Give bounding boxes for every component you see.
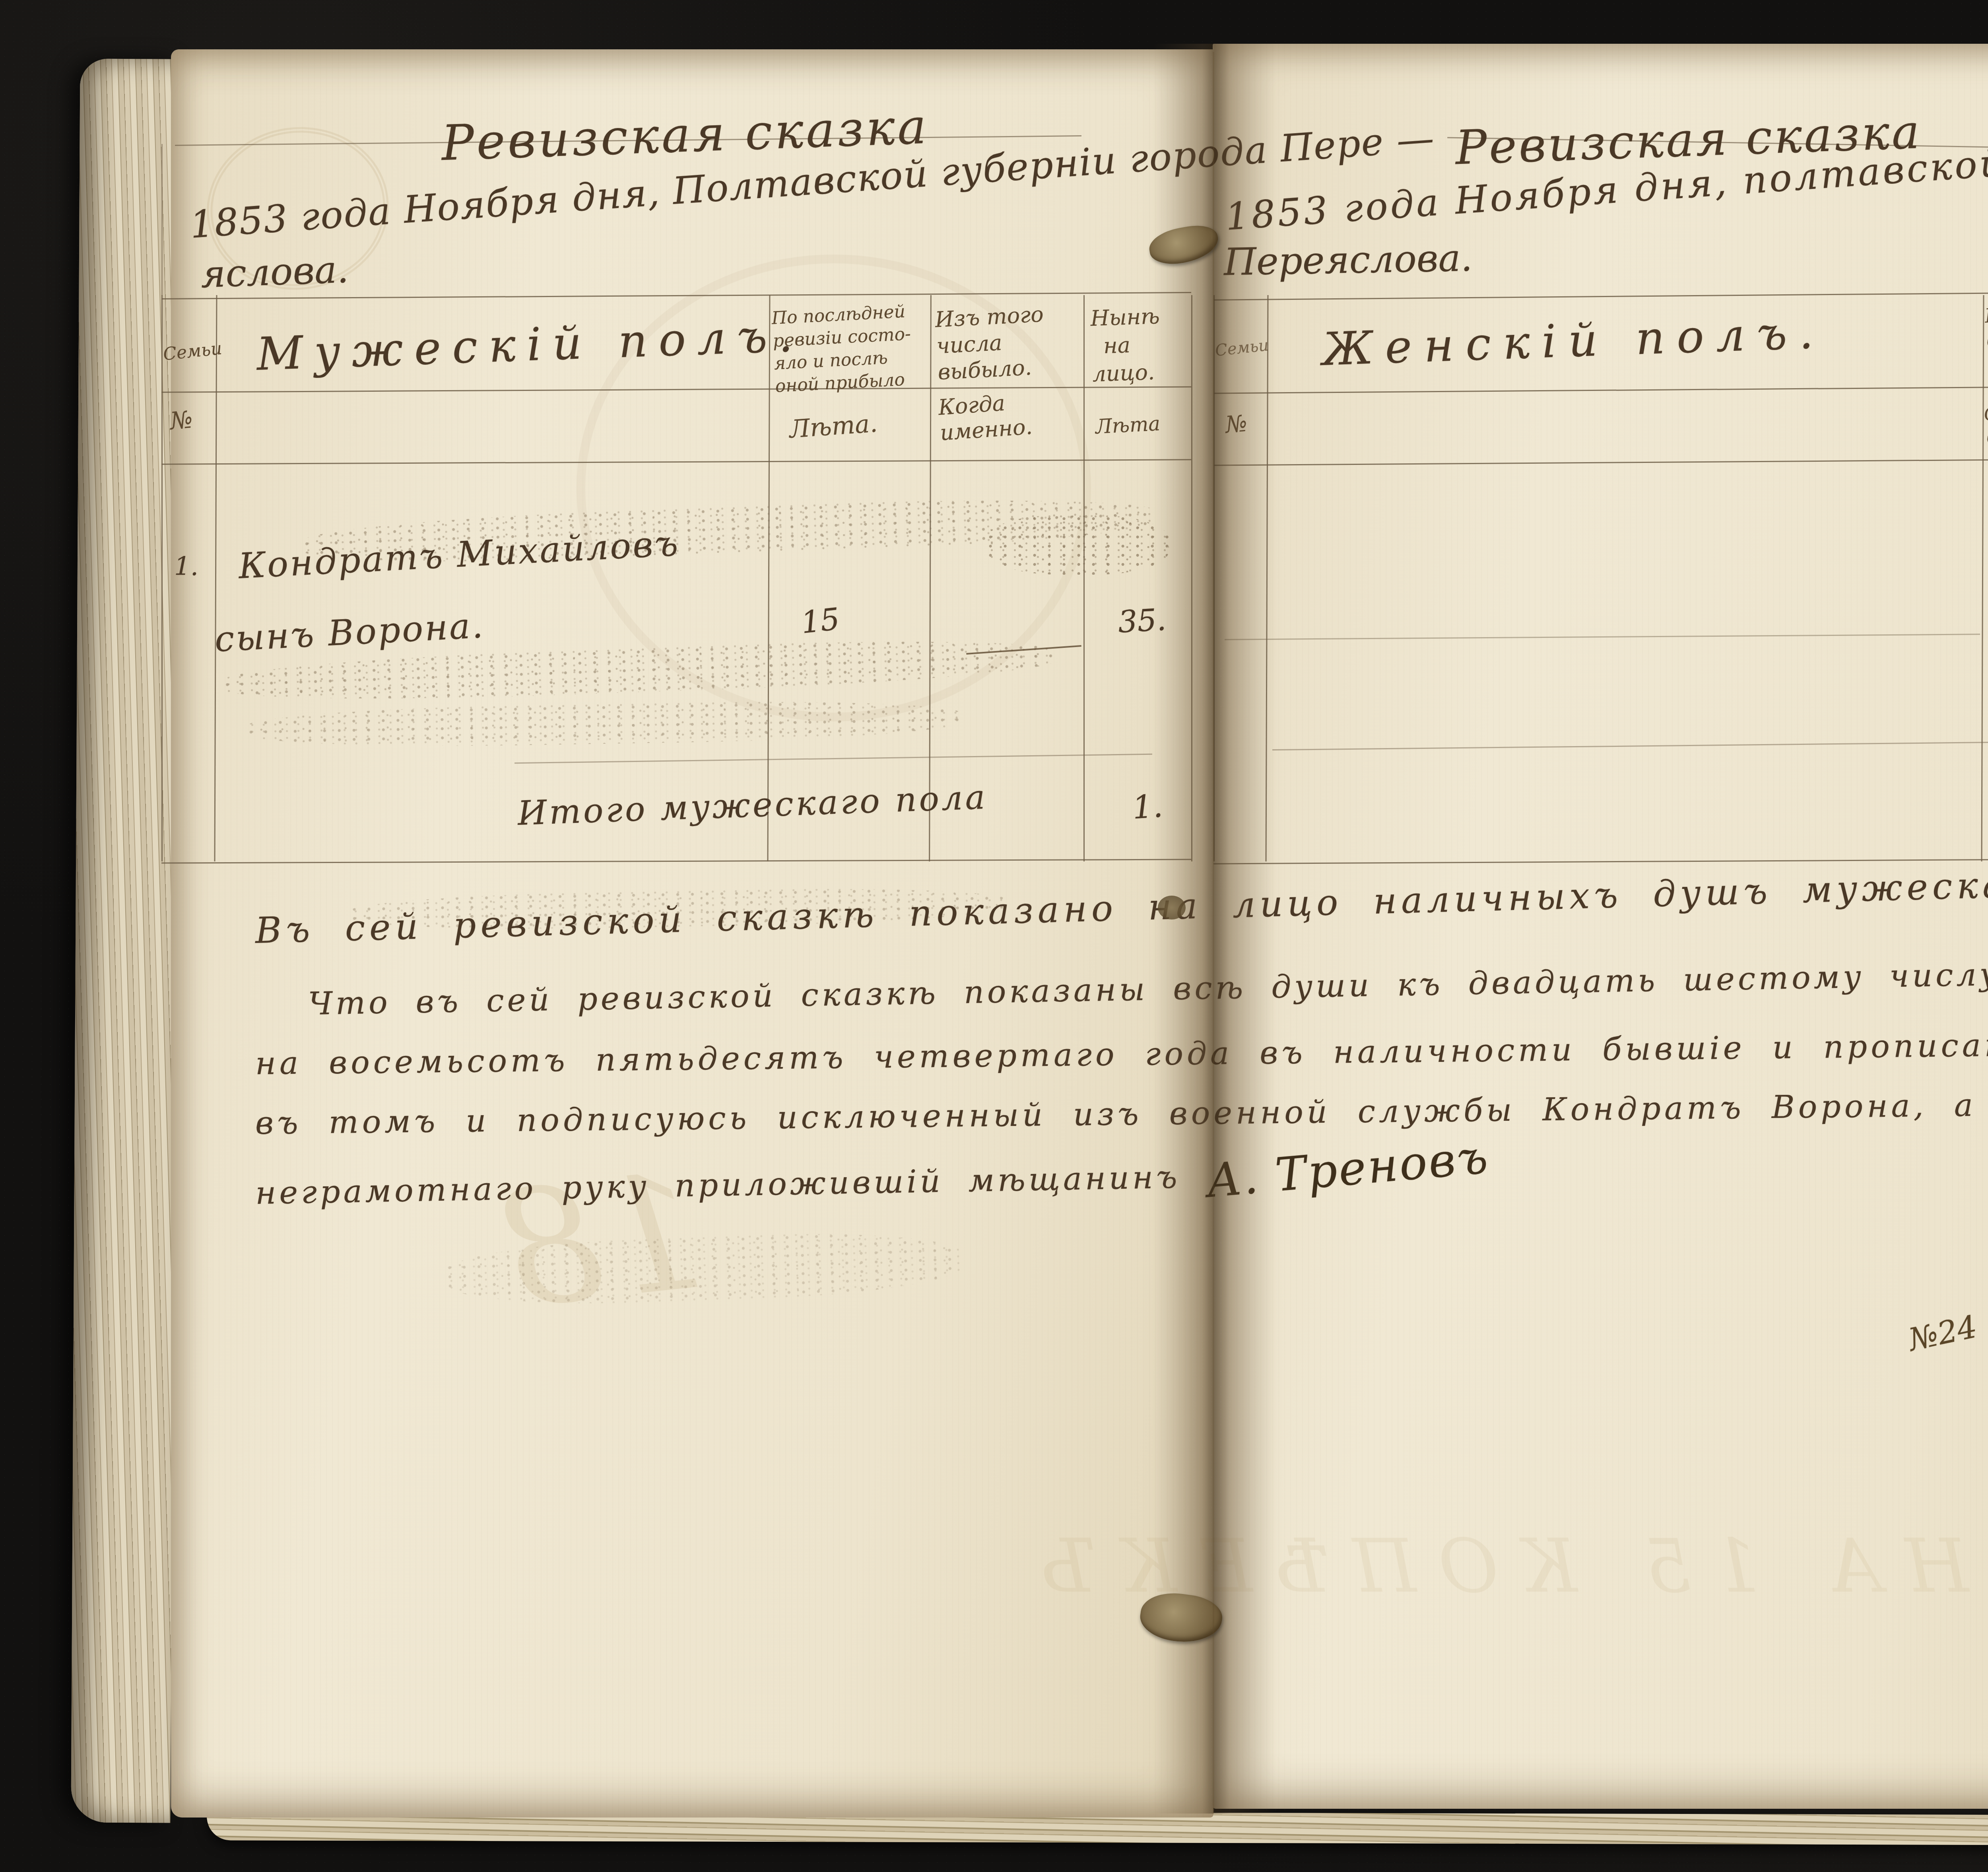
header-line: Нынѣ: [1090, 301, 1186, 332]
left-date-line-2: яслова.: [200, 248, 349, 297]
left-table-vline: [161, 295, 163, 861]
left-col-prev-header: По послѣдней ревизіи состо- яло и послѣ …: [771, 299, 926, 398]
binding-thread-line: [1213, 52, 1214, 1814]
header-line: лицо.: [1092, 357, 1188, 388]
binding-hole: [1158, 896, 1186, 919]
left-col-family-sub: №: [169, 406, 194, 435]
total-value: 1.: [1131, 787, 1164, 826]
left-page-stack-edges: [71, 58, 179, 1823]
left-col-out-header: Изъ того числа выбыло.: [934, 299, 1081, 386]
left-margin-rule: [161, 144, 163, 296]
left-col-out-sub: Когда именно.: [938, 389, 1033, 446]
header-line: на: [1091, 329, 1187, 360]
entry-age-now: 35.: [1117, 602, 1167, 640]
left-table-vline: [1191, 295, 1192, 861]
left-col-now-sub: Лѣта: [1095, 412, 1161, 438]
entry-row-number: 1.: [174, 552, 198, 581]
entry-age-previous: 15: [800, 601, 841, 640]
left-table-vline: [1083, 295, 1085, 861]
right-date-line-2: Переяслова.: [1223, 237, 1473, 284]
scanned-book-spread: 18 ЦѢНА 15 КОПѢЕКЪ Ревизская сказка 1853…: [0, 0, 1988, 1872]
right-col-family-sub: №: [1224, 410, 1248, 439]
left-col-now-header: Нынѣ на лицо.: [1090, 301, 1188, 388]
ink-bleed-band: [986, 515, 1169, 575]
left-col-prev-sub: Лѣта.: [788, 408, 878, 443]
